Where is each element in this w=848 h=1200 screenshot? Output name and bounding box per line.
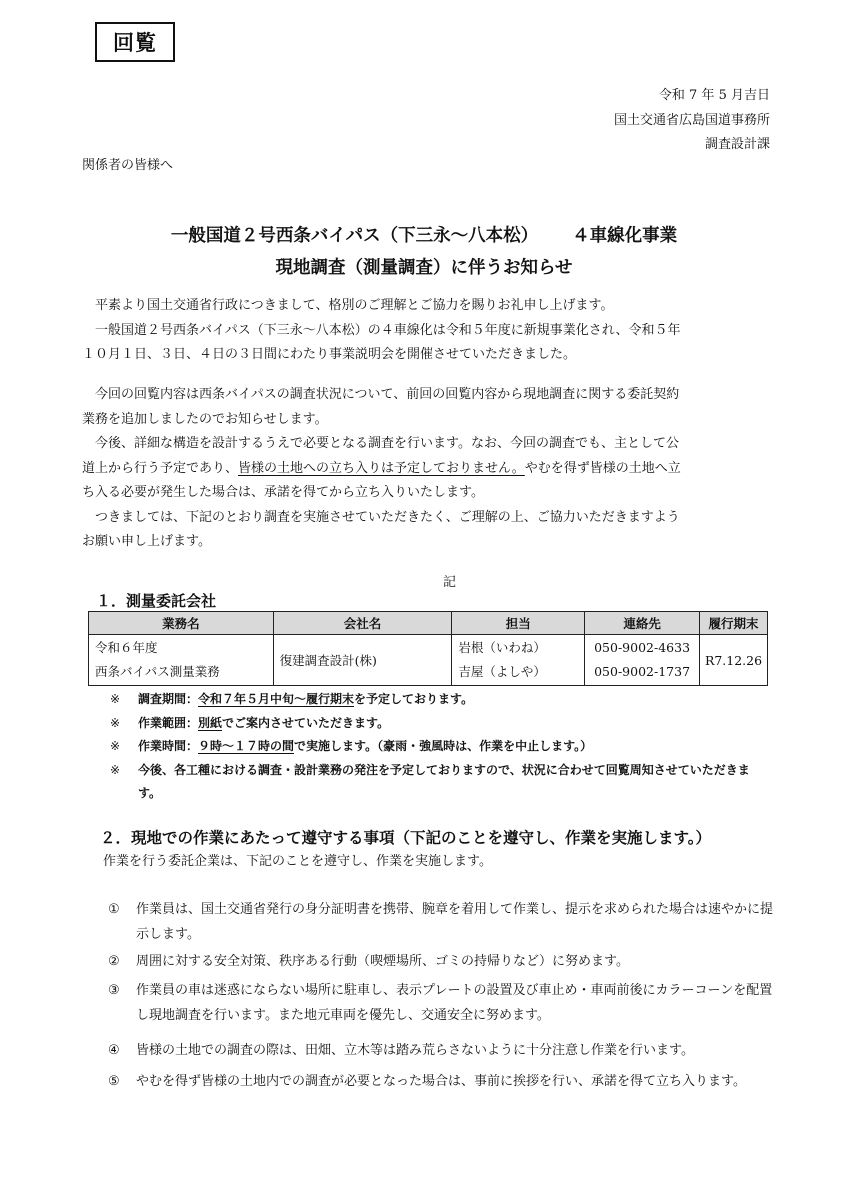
body-paragraph-4c: ち入る必要が発生した場合は、承諾を得てから立ち入りいたします。 bbox=[82, 481, 772, 506]
cell-deadline: R7.12.26 bbox=[700, 635, 768, 686]
rule-number: ③ bbox=[108, 979, 136, 1028]
note-rest: 今後、各工種における調査・設計業務の発注を予定しておりますので、状況に合わせて回… bbox=[138, 759, 770, 806]
note-label: 作業時間： bbox=[138, 739, 198, 753]
table-header-row: 業務名 会社名 担当 連絡先 履行期末 bbox=[89, 612, 768, 635]
note-emphasis: 令和７年５月中旬～履行期末 bbox=[198, 692, 354, 706]
rule-number: ② bbox=[108, 950, 136, 975]
rule-text: 作業員は、国土交通省発行の身分証明書を携帯、腕章を着用して作業し、提示を求められ… bbox=[136, 898, 778, 947]
rule-number: ④ bbox=[108, 1039, 136, 1064]
body-paragraph-5b: お願い申し上げます。 bbox=[82, 530, 772, 555]
col-header-deadline: 履行期末 bbox=[700, 612, 768, 635]
note-rest: を予定しております。 bbox=[354, 692, 473, 706]
note-mark: ※ bbox=[110, 735, 138, 759]
rule-text: やむを得ず皆様の土地内での調査が必要となった場合は、事前に挨拶を行い、承諾を得て… bbox=[136, 1068, 778, 1095]
attachment-reference: 別紙 bbox=[198, 716, 222, 730]
issuer-block: 令和 7 年 5 月吉日 国土交通省広島国道事務所 調査設計課 bbox=[614, 84, 770, 158]
note-label: 調査期間： bbox=[138, 692, 198, 706]
col-header-contact: 連絡先 bbox=[585, 612, 700, 635]
note-work-hours: ※ 作業時間：９時～１７時の間で実施します。（豪雨・強風時は、作業を中止します。… bbox=[110, 735, 770, 759]
ki-marker: 記 bbox=[443, 571, 456, 590]
cell-task: 令和６年度 西条バイパス測量業務 bbox=[89, 635, 274, 686]
note-label: 作業範囲： bbox=[138, 716, 198, 730]
intro-paragraph-1: 平素より国土交通省行政につきまして、格別のご理解とご協力を賜りお礼申し上げます。 bbox=[82, 294, 772, 319]
addressee: 関係者の皆様へ bbox=[82, 154, 173, 173]
note-survey-period: ※ 調査期間：令和７年５月中旬～履行期末を予定しております。 bbox=[110, 688, 770, 712]
intro-paragraph-2b: １０月１日、３日、４日の３日間にわたり事業説明会を開催させていただきました。 bbox=[82, 343, 772, 368]
col-header-task: 業務名 bbox=[89, 612, 274, 635]
body-paragraph-4b: 道上から行う予定であり、皆様の土地への立ち入りは予定しておりません。やむを得ず皆… bbox=[82, 457, 772, 482]
table-row: 令和６年度 西条バイパス測量業務 復建調査設計(株) 岩根（いわね） 吉屋（よし… bbox=[89, 635, 768, 686]
rule-item-1: ①作業員は、国土交通省発行の身分証明書を携帯、腕章を着用して作業し、提示を求めら… bbox=[108, 898, 778, 947]
rule-item-2: ②周囲に対する安全対策、秩序ある行動（喫煙場所、ゴミの持帰りなど）に努めます。 bbox=[108, 950, 778, 975]
issuer-department: 調査設計課 bbox=[614, 133, 770, 158]
col-header-company: 会社名 bbox=[273, 612, 452, 635]
col-header-staff: 担当 bbox=[452, 612, 585, 635]
note-work-area: ※ 作業範囲：別紙でご案内させていただきます。 bbox=[110, 712, 770, 736]
phone-1: 050-9002-4633 bbox=[591, 636, 693, 660]
p4-post: やむを得ず皆様の土地へ立 bbox=[525, 461, 681, 476]
cell-staff: 岩根（いわね） 吉屋（よしや） bbox=[452, 635, 585, 686]
cell-company: 復建調査設計(株) bbox=[273, 635, 452, 686]
no-entry-notice: 皆様の土地への立ち入りは予定しておりません。 bbox=[238, 461, 525, 476]
rule-text: 皆様の土地での調査の際は、田畑、立木等は踏み荒らさないように十分注意し作業を行い… bbox=[136, 1039, 778, 1064]
rule-text: 周囲に対する安全対策、秩序ある行動（喫煙場所、ゴミの持帰りなど）に努めます。 bbox=[136, 950, 778, 975]
note-emphasis: ９時～１７時の間 bbox=[198, 739, 294, 753]
rule-item-5: ⑤やむを得ず皆様の土地内での調査が必要となった場合は、事前に挨拶を行い、承諾を得… bbox=[108, 1068, 778, 1095]
title-project: ４車線化事業 bbox=[572, 226, 677, 246]
contractor-table: 業務名 会社名 担当 連絡先 履行期末 令和６年度 西条バイパス測量業務 復建調… bbox=[88, 611, 768, 686]
body-paragraph-3b: 業務を追加しましたのでお知らせします。 bbox=[82, 408, 772, 433]
note-rest: で実施します。（豪雨・強風時は、作業を中止します。） bbox=[294, 739, 592, 753]
rule-number: ⑤ bbox=[108, 1068, 136, 1095]
survey-notes: ※ 調査期間：令和７年５月中旬～履行期末を予定しております。 ※ 作業範囲：別紙… bbox=[110, 688, 770, 806]
issuer-office: 国土交通省広島国道事務所 bbox=[614, 109, 770, 134]
body-paragraph-4a: 今後、詳細な構造を設計するうえで必要となる調査を行います。なお、今回の調査でも、… bbox=[82, 432, 772, 457]
body-paragraph-5a: つきましては、下記のとおり調査を実施させていただきたく、ご理解の上、ご協力いただ… bbox=[82, 506, 772, 531]
circulation-badge: 回覧 bbox=[95, 22, 175, 62]
intro-text: 平素より国土交通省行政につきまして、格別のご理解とご協力を賜りお礼申し上げます。… bbox=[82, 294, 772, 368]
rule-text: 作業員の車は迷惑にならない場所に駐車し、表示プレートの設置及び車止め・車両前後に… bbox=[136, 979, 778, 1028]
document-title-line1: 一般国道２号西条バイパス（下三永～八本松）４車線化事業 bbox=[0, 222, 848, 247]
document-title-line2: 現地調査（測量調査）に伴うお知らせ bbox=[0, 254, 848, 279]
rule-number: ① bbox=[108, 898, 136, 947]
note-mark: ※ bbox=[110, 759, 138, 806]
staff-1: 岩根（いわね） bbox=[458, 636, 578, 660]
section2-subtext: 作業を行う委託企業は、下記のことを遵守し、作業を実施します。 bbox=[103, 850, 492, 869]
issue-date: 令和 7 年 5 月吉日 bbox=[614, 84, 770, 109]
note-mark: ※ bbox=[110, 712, 138, 736]
note-rest: でご案内させていただきます。 bbox=[222, 716, 389, 730]
staff-2: 吉屋（よしや） bbox=[458, 660, 578, 684]
note-mark: ※ bbox=[110, 688, 138, 712]
title-road-name: 一般国道２号西条バイパス（下三永～八本松） bbox=[171, 226, 538, 246]
task-name: 西条バイパス測量業務 bbox=[95, 660, 267, 684]
body-text: 今回の回覧内容は西条バイパスの調査状況について、前回の回覧内容から現地調査に関す… bbox=[82, 383, 772, 555]
intro-paragraph-2a: 一般国道２号西条バイパス（下三永～八本松）の４車線化は令和５年度に新規事業化され… bbox=[82, 319, 772, 344]
task-fiscal-year: 令和６年度 bbox=[95, 636, 267, 660]
phone-2: 050-9002-1737 bbox=[591, 660, 693, 684]
section1-heading: １．測量委託会社 bbox=[96, 590, 216, 611]
section2-heading: ２．現地での作業にあたって遵守する事項（下記のことを遵守し、作業を実施します。） bbox=[100, 826, 711, 848]
rule-item-3: ③作業員の車は迷惑にならない場所に駐車し、表示プレートの設置及び車止め・車両前後… bbox=[108, 979, 778, 1028]
body-paragraph-3a: 今回の回覧内容は西条バイパスの調査状況について、前回の回覧内容から現地調査に関す… bbox=[82, 383, 772, 408]
p4-pre: 道上から行う予定であり、 bbox=[82, 461, 238, 476]
rule-item-4: ④皆様の土地での調査の際は、田畑、立木等は踏み荒らさないように十分注意し作業を行… bbox=[108, 1039, 778, 1064]
cell-contact: 050-9002-4633 050-9002-1737 bbox=[585, 635, 700, 686]
note-future-orders: ※ 今後、各工種における調査・設計業務の発注を予定しておりますので、状況に合わせ… bbox=[110, 759, 770, 806]
